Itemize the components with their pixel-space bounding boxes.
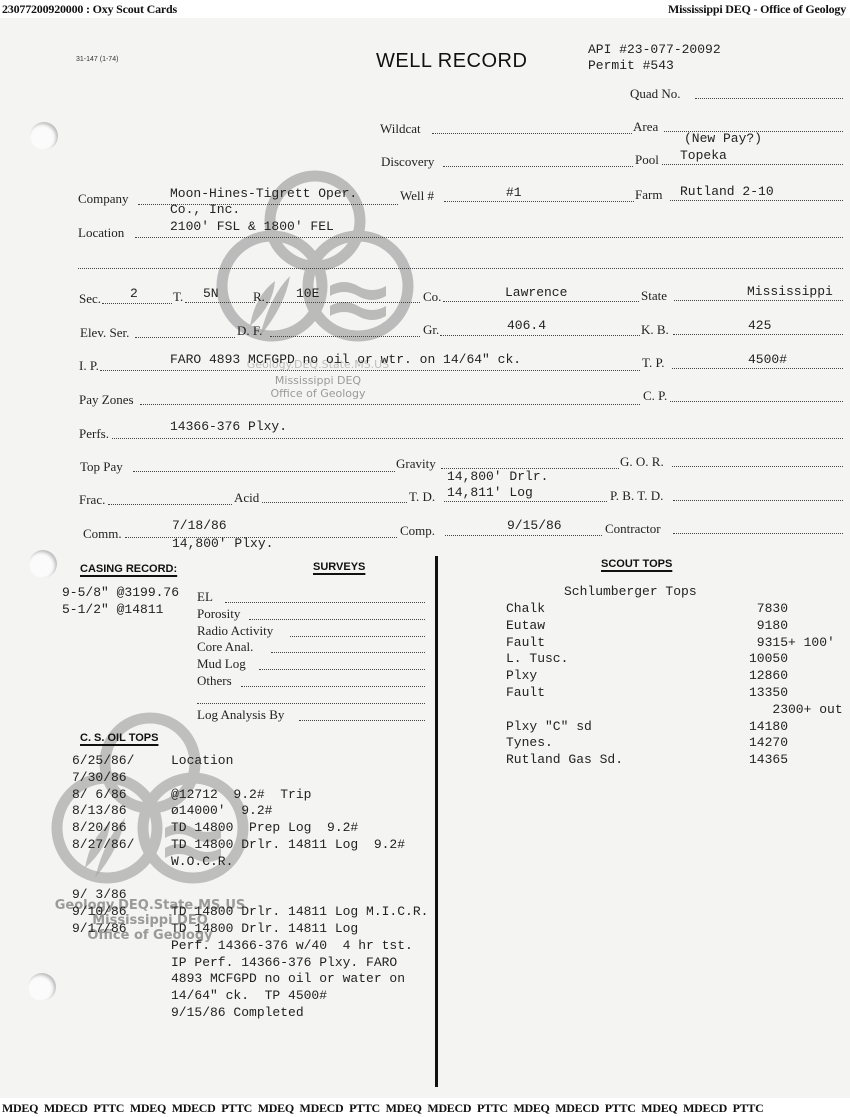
survey-label: Core Anal. [197,639,253,654]
log-date [72,971,171,988]
formation-depth: 2300+ out [749,702,849,719]
survey-field[interactable] [259,669,425,670]
pool-field[interactable] [662,164,843,165]
farm-label: Farm [635,187,662,203]
log-text: Location [171,753,233,770]
log-entry: 14/64" ck. TP 4500# [72,988,428,1005]
punch-hole-icon [29,550,57,578]
location-field-line2[interactable] [78,268,843,269]
county-label: Co. [423,289,441,305]
survey-row-porosity[interactable]: Porosity [197,606,425,623]
formation-name [506,702,749,719]
td-log-value: 14,811' Log [447,485,533,500]
survey-label: Porosity [197,606,240,621]
scout-top-row: Eutaw 9180 [506,618,849,635]
api-number: API #23-077-20092 [588,42,721,57]
log-date: 9/10/86 [72,904,171,921]
td-field[interactable] [444,501,607,502]
survey-field[interactable] [271,652,425,653]
survey-row-core-anal[interactable]: Core Anal. [197,639,425,656]
survey-label: EL [197,589,213,604]
survey-field[interactable] [197,703,425,704]
log-date [72,955,171,972]
pool-label: Pool [635,152,659,168]
comp-label: Comp. [400,523,435,539]
log-date [72,988,171,1005]
elev-ser-field[interactable] [135,337,235,338]
log-text: 14/64" ck. TP 4500# [171,988,327,1005]
pbtd-label: P. B. T. D. [610,488,663,504]
tp-field[interactable] [672,368,843,369]
formation-name: L. Tusc. [506,651,749,668]
township-value: 5N [203,286,219,301]
log-entry: 7/30/86 [72,770,428,787]
log-entry: Perf. 14366-376 w/40 4 hr tst. [72,938,428,955]
formation-name: Plxy "C" sd [506,719,749,736]
cp-label: C. P. [643,388,667,404]
schlumberger-tops-subheading: Schlumberger Tops [564,584,697,599]
formation-name: Chalk [506,601,749,618]
range-value: 10E [296,286,319,301]
formation-depth: 14365 [749,752,849,769]
state-value: Mississippi [747,284,833,299]
location-value: 2100' FSL & 1800' FEL [170,219,334,234]
cs-oil-tops-log: 6/25/86/Location 7/30/86 8/ 6/86@12712 9… [72,753,428,1022]
survey-label: Log Analysis By [197,707,284,722]
log-entry: 8/20/86TD 14800 Prep Log 9.2# [72,820,428,837]
log-date: 7/30/86 [72,770,171,787]
gr-label: Gr. [423,322,439,338]
td-drlr-value: 14,800' Drlr. [447,469,548,484]
comm-value-line2: 14,800' Plxy. [172,536,273,551]
survey-row-blank[interactable] [197,690,425,707]
gr-value: 406.4 [507,318,546,333]
column-divider [435,556,438,1087]
df-field[interactable] [270,336,420,337]
document-header-bar: 23077200920000 : Oxy Scout Cards Mississ… [0,0,850,18]
scout-top-row: L. Tusc.10050 [506,651,849,668]
farm-value: Rutland 2-10 [680,184,774,199]
survey-field[interactable] [241,686,425,687]
log-text: TD 14800 Prep Log 9.2# [171,820,358,837]
frac-label: Frac. [79,492,105,508]
log-entry: 8/27/86/TD 14800 Drlr. 14811 Log 9.2# [72,837,428,854]
casing-item: 9-5/8" @3199.76 [62,585,179,602]
kb-label: K. B. [641,322,669,338]
watermark-text: Mississippi DEQ Office of Geology [228,374,408,400]
contractor-label: Contractor [605,521,661,537]
log-text: @12712 9.2# Trip [171,787,311,804]
kb-field[interactable] [673,334,843,335]
log-entry: W.O.C.R. [72,854,428,871]
log-entry [72,871,428,888]
township-field[interactable] [185,302,255,303]
area-note: (New Pay?) [684,131,762,146]
comp-field[interactable] [445,535,602,536]
discovery-label: Discovery [381,154,434,170]
scout-top-row: Plxy "C" sd14180 [506,719,849,736]
log-date: 9/17/86 [72,921,171,938]
survey-label: Mud Log [197,656,246,671]
tp-value: 4500# [748,352,787,367]
quad-no-field[interactable] [695,98,843,99]
well-no-value: #1 [506,185,522,200]
casing-item: 5-1/2" @14811 [62,602,179,619]
wildcat-label: Wildcat [380,121,421,137]
permit-number: Permit #543 [588,58,674,73]
formation-depth: 14270 [749,735,849,752]
pbtd-field[interactable] [673,500,843,501]
formation-depth: 9180 [749,618,849,635]
log-text: TD 14800 Drlr. 14811 Log 9.2# [171,837,405,854]
log-text: ø14000' 9.2# [171,803,272,820]
acid-label: Acid [234,490,259,506]
casing-record-heading: CASING RECORD: [80,563,177,575]
ip-field[interactable] [100,370,640,371]
ip-label: I. P. [79,358,99,374]
cp-field[interactable] [670,401,843,402]
top-pay-field[interactable] [133,471,395,472]
log-text: 4893 MCFGPD no oil or water on [171,971,405,988]
surveys-list: EL Porosity Radio Activity Core Anal. Mu… [197,589,425,723]
company-label: Company [78,191,129,207]
company-value: Moon-Hines-Tigrett Oper. [170,186,357,201]
survey-field[interactable] [249,619,425,620]
location-field[interactable] [135,237,843,238]
discovery-field[interactable] [443,166,633,167]
sec-label: Sec. [79,291,101,307]
formation-name: Tynes. [506,735,749,752]
document-id-title: 23077200920000 : Oxy Scout Cards [2,0,177,18]
frac-field[interactable] [108,504,232,505]
agency-title: Mississippi DEQ - Office of Geology [668,0,846,18]
log-entry: 9/ 3/86 [72,887,428,904]
log-entry: 8/13/86ø14000' 9.2# [72,803,428,820]
scanned-well-record-card: Geology.DEQ.State.MS.US Mississippi DEQ … [0,18,850,1098]
wildcat-field[interactable] [432,133,632,134]
survey-row-others[interactable]: Others [197,673,425,690]
location-label: Location [78,225,124,241]
log-entry: 4893 MCFGPD no oil or water on [72,971,428,988]
state-label: State [641,288,667,304]
gr-field[interactable] [440,335,640,336]
farm-field[interactable] [670,200,843,201]
survey-field[interactable] [290,636,425,637]
punch-hole-icon [30,122,58,150]
surveys-heading: SURVEYS [313,561,365,573]
formation-name: Fault [506,685,749,702]
log-date: 6/25/86/ [72,753,171,770]
survey-row-radio-activity[interactable]: Radio Activity [197,623,425,640]
formation-name: Fault [506,635,749,652]
log-date: 8/ 6/86 [72,787,171,804]
survey-field[interactable] [225,602,425,603]
scout-top-row: Rutland Gas Sd.14365 [506,752,849,769]
quad-no-label: Quad No. [630,86,681,102]
perfs-field[interactable] [112,438,843,439]
range-field[interactable] [266,302,420,303]
comp-value: 9/15/86 [507,518,562,533]
kb-value: 425 [748,318,771,333]
survey-label: Others [197,673,232,688]
formation-depth: 9315+ 100' [749,635,849,652]
formation-name: Eutaw [506,618,749,635]
log-entry: 9/17/86TD 14800 Drlr. 14811 Log [72,921,428,938]
scout-top-row: Tynes.14270 [506,735,849,752]
formation-depth: 12860 [749,668,849,685]
log-text: Perf. 14366-376 w/40 4 hr tst. [171,938,413,955]
township-label: T. [173,289,183,305]
log-date: 8/27/86/ [72,837,171,854]
pay-zones-field[interactable] [140,404,640,405]
gor-label: G. O. R. [620,454,664,470]
log-entry: IP Perf. 14366-376 Plxy. FARO [72,955,428,972]
sec-field[interactable] [102,303,172,304]
log-entry: 9/15/86 Completed [72,1005,428,1022]
scout-top-row: 2300+ out [506,702,849,719]
scout-top-row: Plxy12860 [506,668,849,685]
ip-value: FARO 4893 MCFGPD no oil or wtr. on 14/64… [170,352,521,367]
watermark-line2: Office of Geology [228,387,408,400]
df-label: D. F. [237,323,262,339]
contractor-field[interactable] [673,533,843,534]
formation-depth: 14180 [749,719,849,736]
well-no-field[interactable] [444,201,634,202]
perfs-value: 14366-376 Plxy. [170,419,287,434]
top-pay-label: Top Pay [80,459,123,475]
formation-name: Plxy [506,668,749,685]
log-text: TD 14800 Drlr. 14811 Log [171,921,358,938]
area-label: Area [633,119,658,135]
tp-label: T. P. [642,355,665,371]
log-date: 9/ 3/86 [72,887,171,904]
survey-row-mud-log[interactable]: Mud Log [197,656,425,673]
acid-field[interactable] [262,502,407,503]
log-entry: 8/ 6/86@12712 9.2# Trip [72,787,428,804]
log-entry: 9/10/86TD 14800 Drlr. 14811 Log M.I.C.R. [72,904,428,921]
survey-row-el[interactable]: EL [197,589,425,606]
gor-field[interactable] [672,466,843,467]
survey-row-log-analysis-by[interactable]: Log Analysis By [197,707,425,724]
casing-record-list: 9-5/8" @3199.76 5-1/2" @14811 [62,585,179,618]
log-text: IP Perf. 14366-376 Plxy. FARO [171,955,397,972]
log-date [72,854,171,871]
log-text: TD 14800 Drlr. 14811 Log M.I.C.R. [171,904,428,921]
pay-zones-label: Pay Zones [79,392,134,408]
scout-tops-heading: SCOUT TOPS [601,558,672,570]
survey-label: Radio Activity [197,623,273,638]
county-value: Lawrence [505,285,567,300]
log-date [72,1005,171,1022]
formation-name: Rutland Gas Sd. [506,752,749,769]
well-no-label: Well # [400,188,434,204]
perfs-label: Perfs. [79,426,109,442]
state-field[interactable] [674,300,843,301]
comm-value: 7/18/86 [172,518,227,533]
elev-ser-label: Elev. Ser. [80,325,129,341]
log-date [72,938,171,955]
log-text: 9/15/86 Completed [171,1005,304,1022]
td-label: T. D. [409,489,435,505]
scout-top-row: Chalk 7830 [506,601,849,618]
scout-top-row: Fault13350 [506,685,849,702]
scout-tops-table: Chalk 7830 Eutaw 9180 Fault 9315+ 100' L… [506,601,849,769]
punch-hole-icon [28,973,56,1001]
cs-oil-tops-heading: C. S. OIL TOPS [80,732,158,744]
log-entry: 6/25/86/Location [72,753,428,770]
footer-agency-strip: MDEQ MDECD PTTC MDEQ MDECD PTTC MDEQ MDE… [0,1099,850,1117]
gravity-label: Gravity [396,456,436,472]
formation-depth: 13350 [749,685,849,702]
form-number: 31-147 (1-74) [76,56,118,63]
survey-field[interactable] [299,720,425,721]
comm-label: Comm. [83,526,122,542]
county-field[interactable] [443,301,639,302]
sec-value: 2 [130,286,138,301]
log-date: 8/13/86 [72,803,171,820]
company-value-line2: Co., Inc. [170,202,240,217]
watermark-line1: Mississippi DEQ [228,374,408,387]
range-label: R. [253,289,265,305]
log-date: 8/20/86 [72,820,171,837]
formation-depth: 10050 [749,651,849,668]
formation-depth: 7830 [749,601,849,618]
log-date [72,871,171,888]
page-title: WELL RECORD [376,50,527,73]
pool-value: Topeka [680,148,727,163]
log-text: W.O.C.R. [171,854,233,871]
scout-top-row: Fault 9315+ 100' [506,635,849,652]
